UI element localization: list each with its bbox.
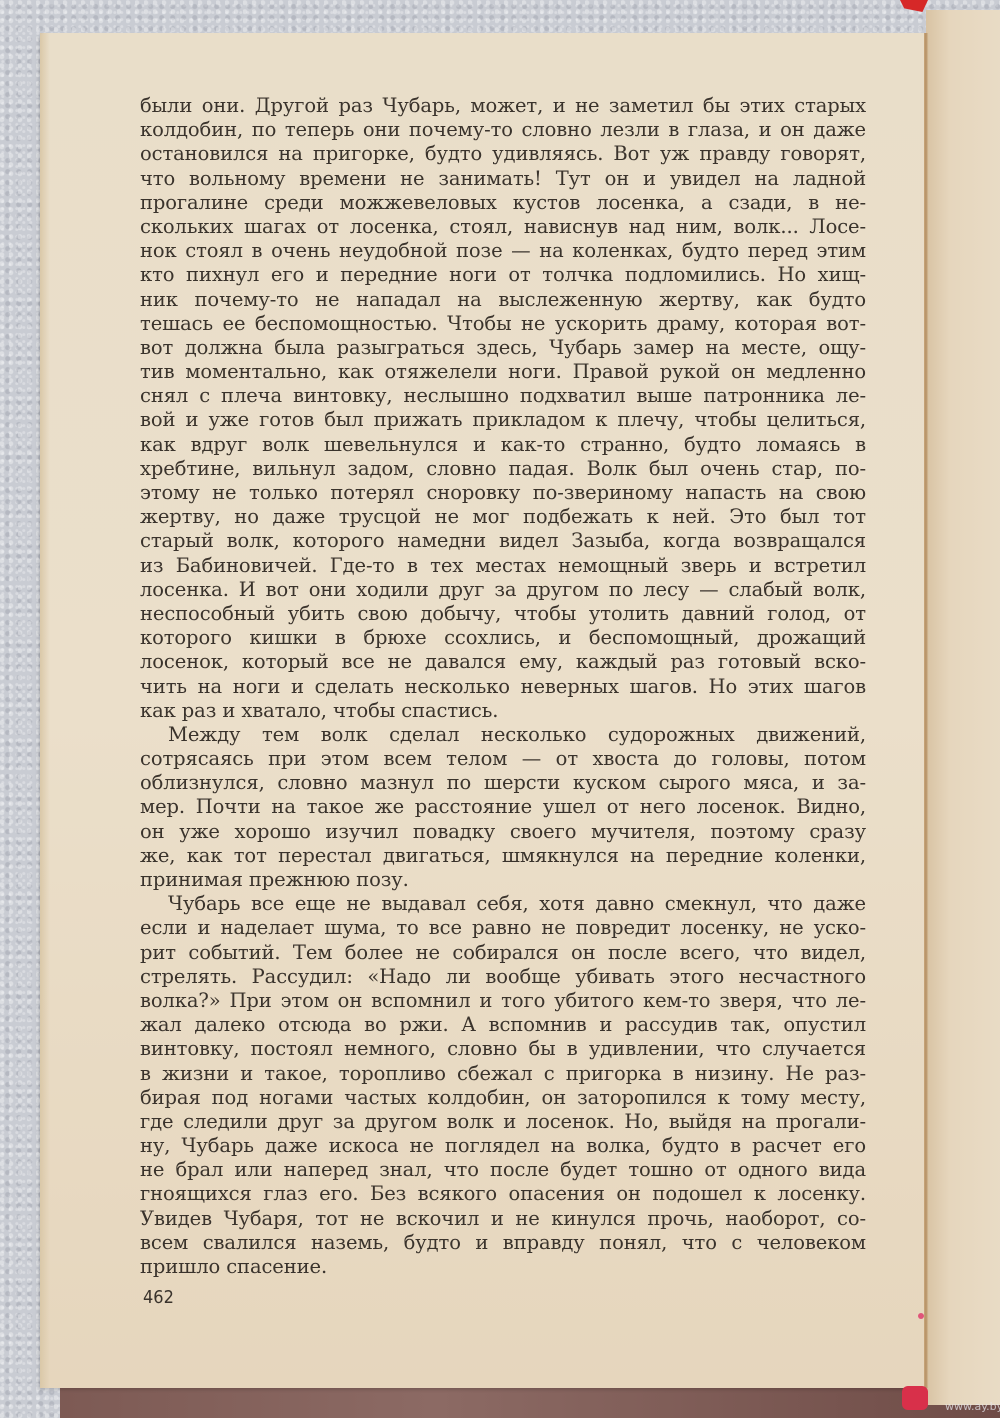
text-line: тив моментально, как отяжелели ноги. Пра… bbox=[140, 360, 866, 384]
text-line: снял с плеча винтовку, неслышно подхвати… bbox=[140, 384, 866, 408]
text-line: вот должна была разыграться здесь, Чубар… bbox=[140, 336, 866, 360]
text-line: Увидев Чубаря, тот не вскочил и не кинул… bbox=[140, 1207, 866, 1231]
text-line: стрелять. Рассудил: «Надо ли вообще убив… bbox=[140, 965, 866, 989]
text-line: прогалине среди можжевеловых кустов лосе… bbox=[140, 191, 866, 215]
text-line: старый волк, которого намедни видел Зазы… bbox=[140, 529, 866, 553]
text-line: сотрясаясь при этом всем телом — от хвос… bbox=[140, 747, 866, 771]
bookmark-ribbon-top bbox=[900, 0, 928, 12]
text-line: вой и уже готов был прижать прикладом к … bbox=[140, 408, 866, 432]
bookmark-ribbon-bottom bbox=[902, 1386, 928, 1410]
text-line: облизнулся, словно мазнул по шерсти куск… bbox=[140, 771, 866, 795]
paragraph: Между тем волк сделал несколько судорожн… bbox=[140, 723, 866, 892]
text-line: гноящихся глаз его. Без всякого опасения… bbox=[140, 1182, 866, 1206]
text-line: Чубарь все еще не выдавал себя, хотя дав… bbox=[140, 892, 866, 916]
body-text: были они. Другой раз Чубарь, может, и не… bbox=[140, 94, 866, 1279]
text-line: жертву, но даже трусцой не мог подбежать… bbox=[140, 505, 866, 529]
text-line: всем свалился наземь, будто и вправду по… bbox=[140, 1231, 866, 1255]
text-line: этому не только потерял сноровку по-звер… bbox=[140, 481, 866, 505]
text-line: тешась ее беспомощностью. Чтобы не ускор… bbox=[140, 312, 866, 336]
page-edge-shadow bbox=[40, 33, 50, 1388]
paragraph: Чубарь все еще не выдавал себя, хотя дав… bbox=[140, 892, 866, 1279]
text-line: волка?» При этом он вспомнил и того убит… bbox=[140, 989, 866, 1013]
paragraph: были они. Другой раз Чубарь, может, и не… bbox=[140, 94, 866, 723]
text-line: как раз и хватало, чтобы спастись. bbox=[140, 699, 866, 723]
bookmark-thread bbox=[918, 1313, 924, 1319]
text-line: что вольному времени не занимать! Тут он… bbox=[140, 167, 866, 191]
text-line: если и наделает шума, то все равно не по… bbox=[140, 916, 866, 940]
text-line: неспособный убить свою добычу, чтобы уто… bbox=[140, 602, 866, 626]
text-line: ник почему-то не нападал на выслеженную … bbox=[140, 288, 866, 312]
page-gutter bbox=[924, 33, 928, 1388]
watermark: www.ay.by bbox=[945, 1400, 1000, 1413]
text-line: он уже хорошо изучил повадку своего мучи… bbox=[140, 820, 866, 844]
text-line: были они. Другой раз Чубарь, может, и не… bbox=[140, 94, 866, 118]
text-line: которого кишки в брюхе ссохлись, и беспо… bbox=[140, 626, 866, 650]
text-line: Между тем волк сделал несколько судорожн… bbox=[140, 723, 866, 747]
text-line: нок стоял в очень неудобной позе — на ко… bbox=[140, 239, 866, 263]
page-number: 462 bbox=[143, 1287, 174, 1308]
text-line: в жизни и такое, торопливо сбежал с приг… bbox=[140, 1062, 866, 1086]
text-line: хребтине, вильнул задом, словно падая. В… bbox=[140, 457, 866, 481]
text-line: жал далеко отсюда во ржи. А вспомнив и р… bbox=[140, 1013, 866, 1037]
text-line: кто пихнул его и передние ноги от толчка… bbox=[140, 263, 866, 287]
text-line: мер. Почти на такое же расстояние ушел о… bbox=[140, 795, 866, 819]
text-line: остановился на пригорке, будто удивляясь… bbox=[140, 142, 866, 166]
text-line: пришло спасение. bbox=[140, 1255, 866, 1279]
text-line: колдобин, по теперь они почему-то словно… bbox=[140, 118, 866, 142]
table-surface bbox=[60, 1385, 1000, 1418]
text-line: принимая прежнюю позу. bbox=[140, 868, 866, 892]
text-line: винтовку, постоял немного, словно бы в у… bbox=[140, 1037, 866, 1061]
text-line: из Бабиновичей. Где-то в тех местах немо… bbox=[140, 554, 866, 578]
text-line: как вдруг волк шевельнулся и как-то стра… bbox=[140, 433, 866, 457]
text-line: не брал или наперед знал, что после буде… bbox=[140, 1158, 866, 1182]
text-line: скольких шагах от лосенка, стоял, нависн… bbox=[140, 215, 866, 239]
facing-page-edge bbox=[926, 10, 1000, 1405]
text-line: лосенка. И вот они ходили друг за другом… bbox=[140, 578, 866, 602]
text-line: лосенок, который все не давался ему, каж… bbox=[140, 650, 866, 674]
text-line: рит событий. Тем более не собирался он п… bbox=[140, 941, 866, 965]
text-line: же, как тот перестал двигаться, шмякнулс… bbox=[140, 844, 866, 868]
text-line: ну, Чубарь даже искоса не поглядел на во… bbox=[140, 1134, 866, 1158]
text-line: бирая под ногами частых колдобин, он зат… bbox=[140, 1086, 866, 1110]
text-line: где следили друг за другом волк и лосено… bbox=[140, 1110, 866, 1134]
text-line: чить на ноги и сделать несколько неверны… bbox=[140, 675, 866, 699]
